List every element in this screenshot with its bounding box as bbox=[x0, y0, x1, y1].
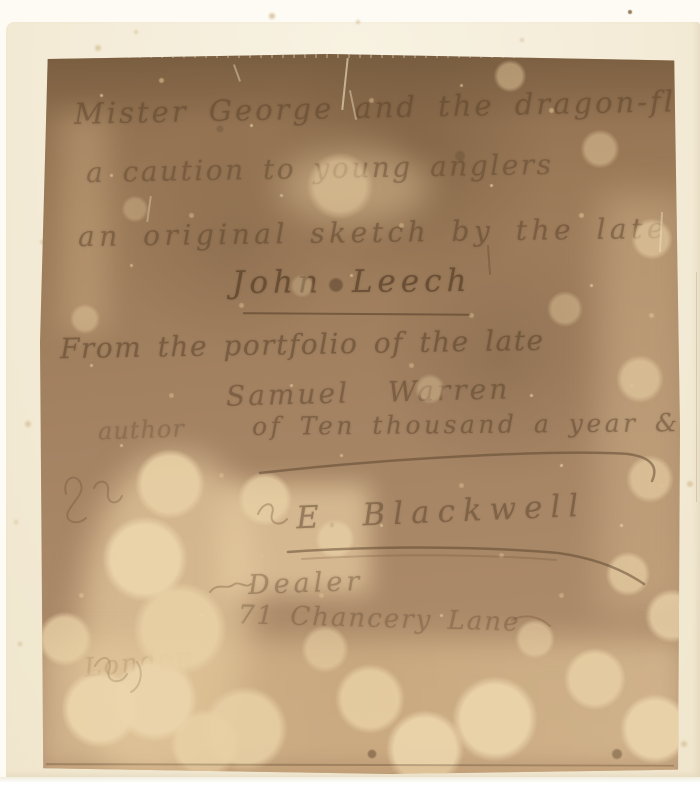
work-title-line: of Ten thousand a year &c bbox=[252, 408, 698, 441]
photo-background: Mister George and the dragon-flies a cau… bbox=[0, 0, 700, 790]
foxing-spots bbox=[0, 0, 4, 4]
author-word: author bbox=[98, 414, 186, 445]
backing-crease-line bbox=[696, 272, 697, 502]
photo-bottom-edge bbox=[0, 777, 700, 790]
dealer-word: Dealer bbox=[247, 566, 363, 601]
artist-name: John Leech bbox=[232, 263, 472, 301]
inscription-paper: Mister George and the dragon-flies a cau… bbox=[40, 54, 680, 774]
